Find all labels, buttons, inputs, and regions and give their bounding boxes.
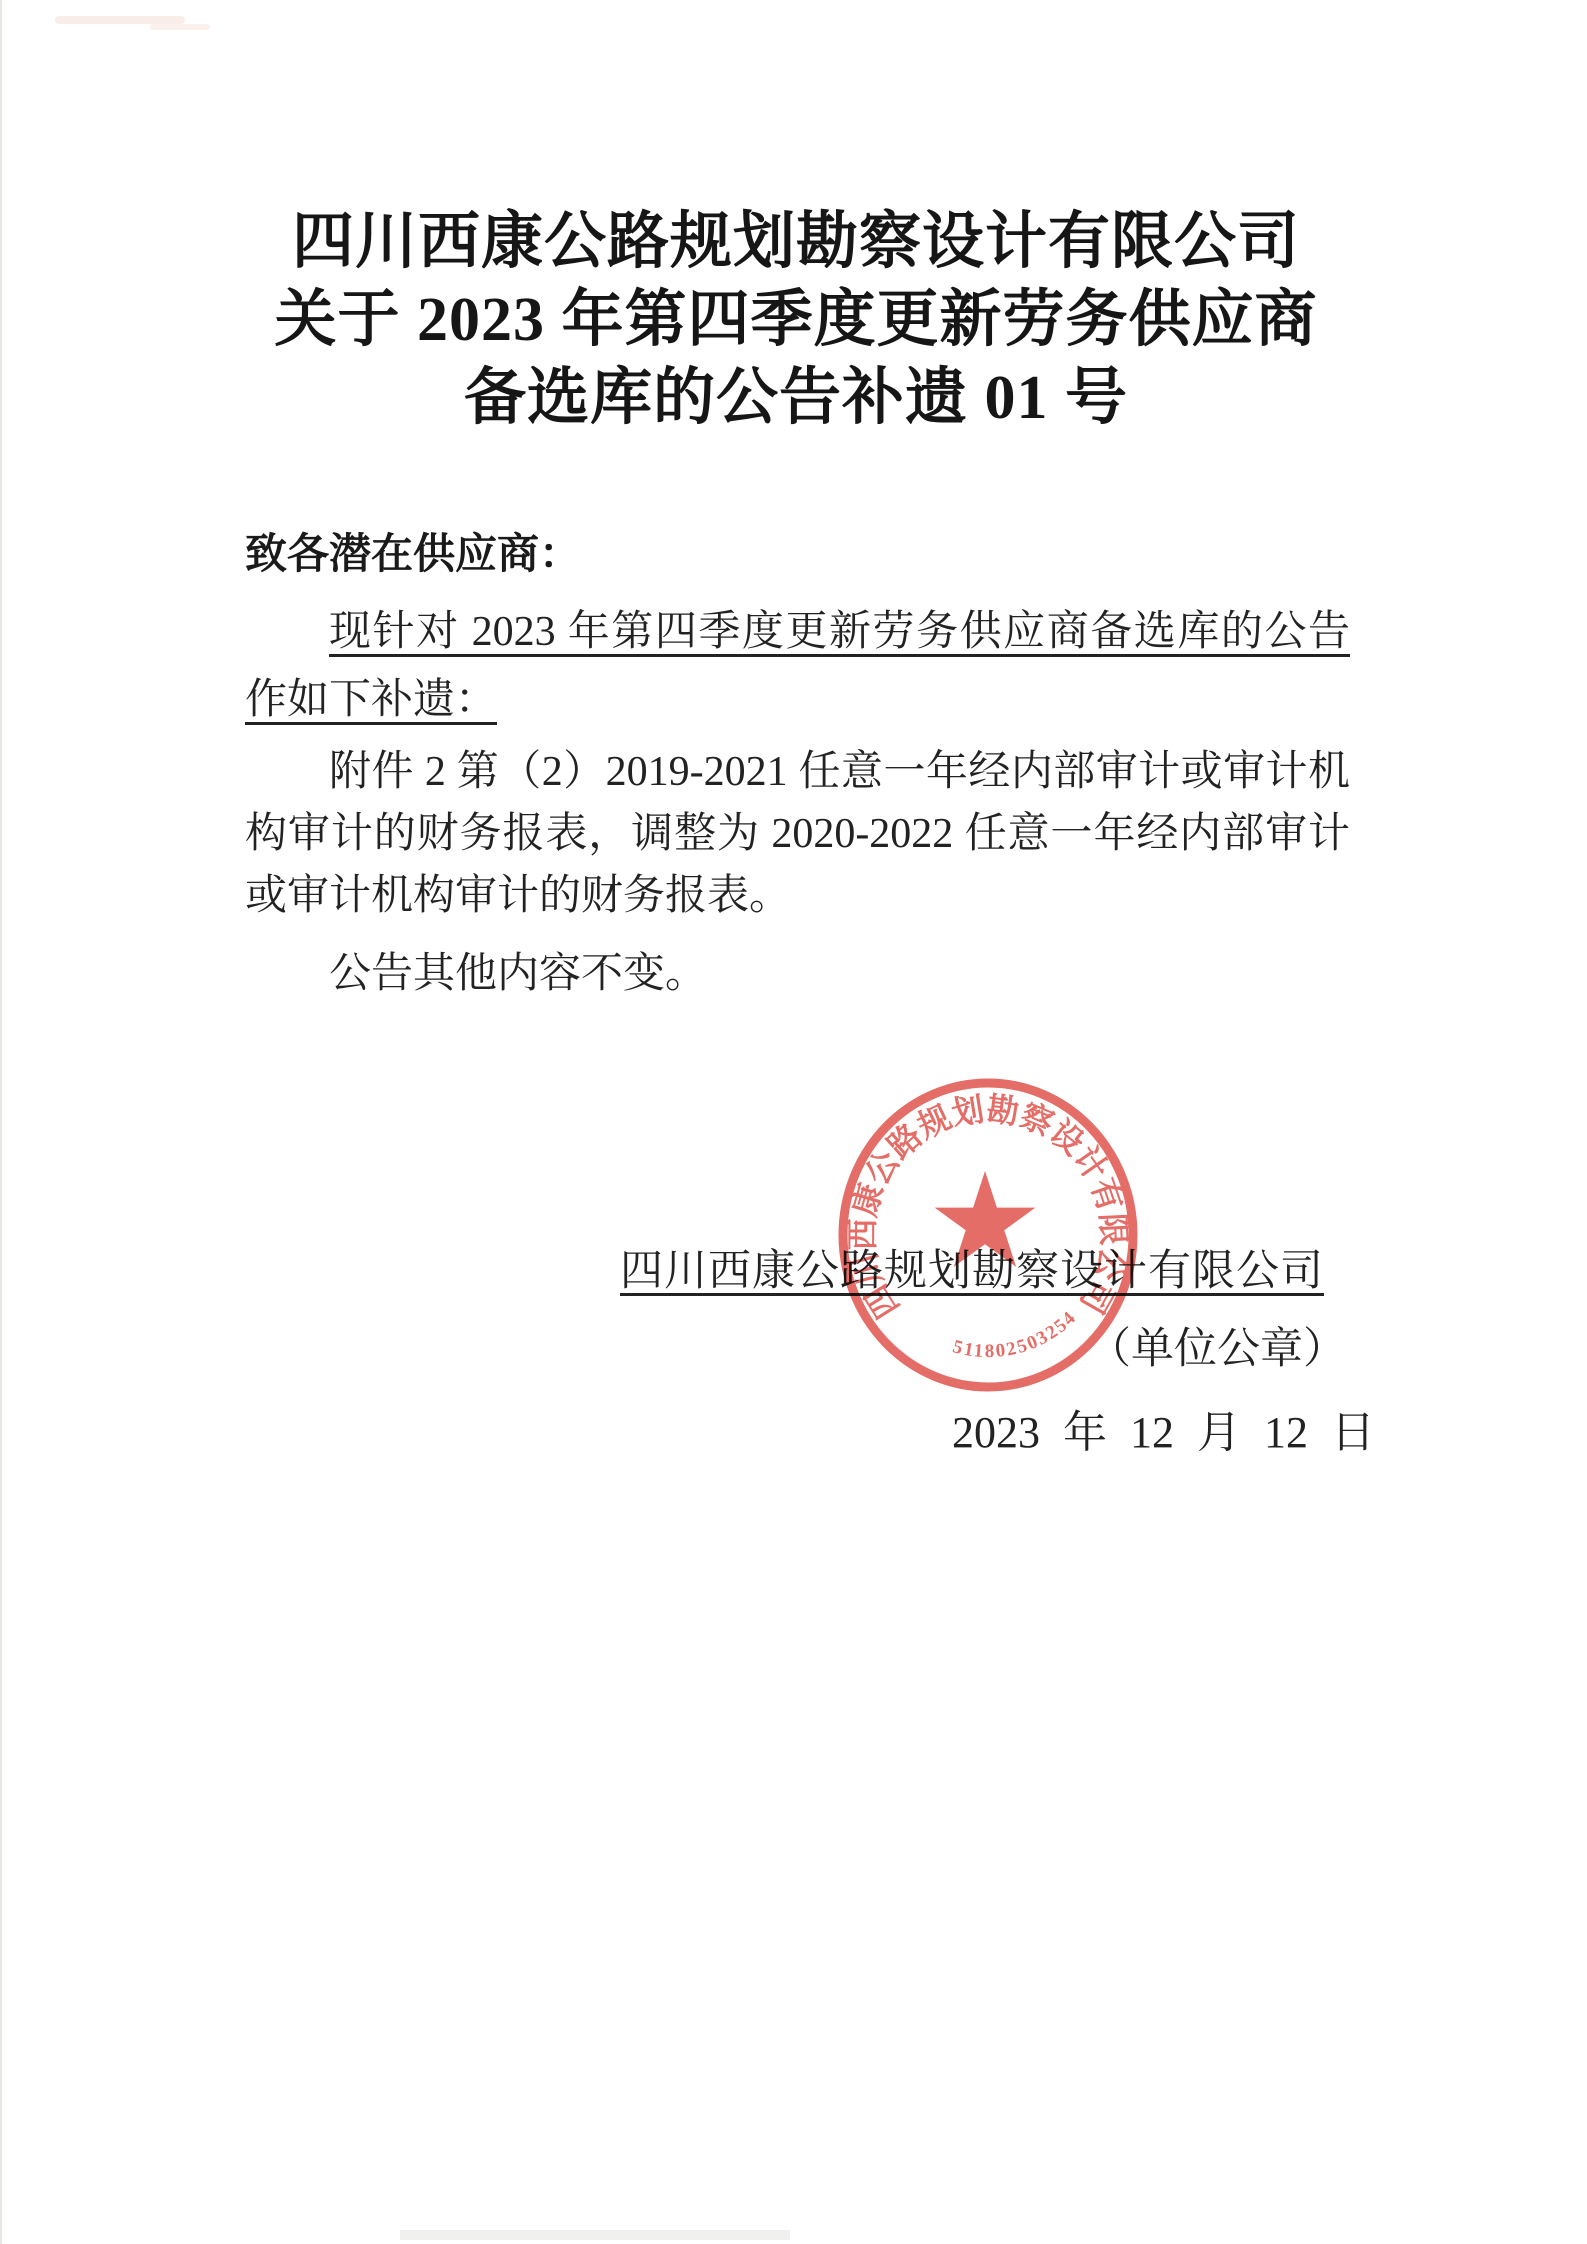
paragraph-closing: 公告其他内容不变。 [245, 943, 1350, 1005]
title-line-2: 关于 2023 年第四季度更新劳务供应商 [241, 281, 1351, 359]
title-line-1: 四川西康公路规划勘察设计有限公司 [241, 203, 1351, 281]
paragraph-amendment-body: 附件 2 第（2）2019-2021 任意一年经内部审计或审计机构审计的财务报表… [245, 741, 1350, 927]
document-page: 四川西康公路规划勘察设计有限公司 关于 2023 年第四季度更新劳务供应商 备选… [0, 0, 1587, 2244]
signature-seal-caption: （单位公章） [1088, 1322, 1346, 1378]
signature-date: 2023 年 12 月 12 日 [952, 1404, 1375, 1462]
signature-company-name: 四川西康公路规划勘察设计有限公司 [620, 1246, 1324, 1298]
document-body: 致各潜在供应商： 现针对 2023 年第四季度更新劳务供应商备选库的公告作如下补… [245, 519, 1350, 1005]
paragraph-amendment-intro: 现针对 2023 年第四季度更新劳务供应商备选库的公告作如下补遗： [245, 598, 1350, 734]
scan-artifact [150, 24, 210, 30]
seal-serial-number: 511802503254 [951, 1307, 1082, 1363]
document-title: 四川西康公路规划勘察设计有限公司 关于 2023 年第四季度更新劳务供应商 备选… [241, 203, 1351, 437]
scan-edge-line [0, 0, 2, 2244]
scan-artifact [400, 2230, 790, 2240]
scan-artifact [55, 16, 185, 24]
salutation: 致各潜在供应商： [245, 519, 1350, 589]
title-line-3: 备选库的公告补遗 01 号 [241, 359, 1351, 437]
